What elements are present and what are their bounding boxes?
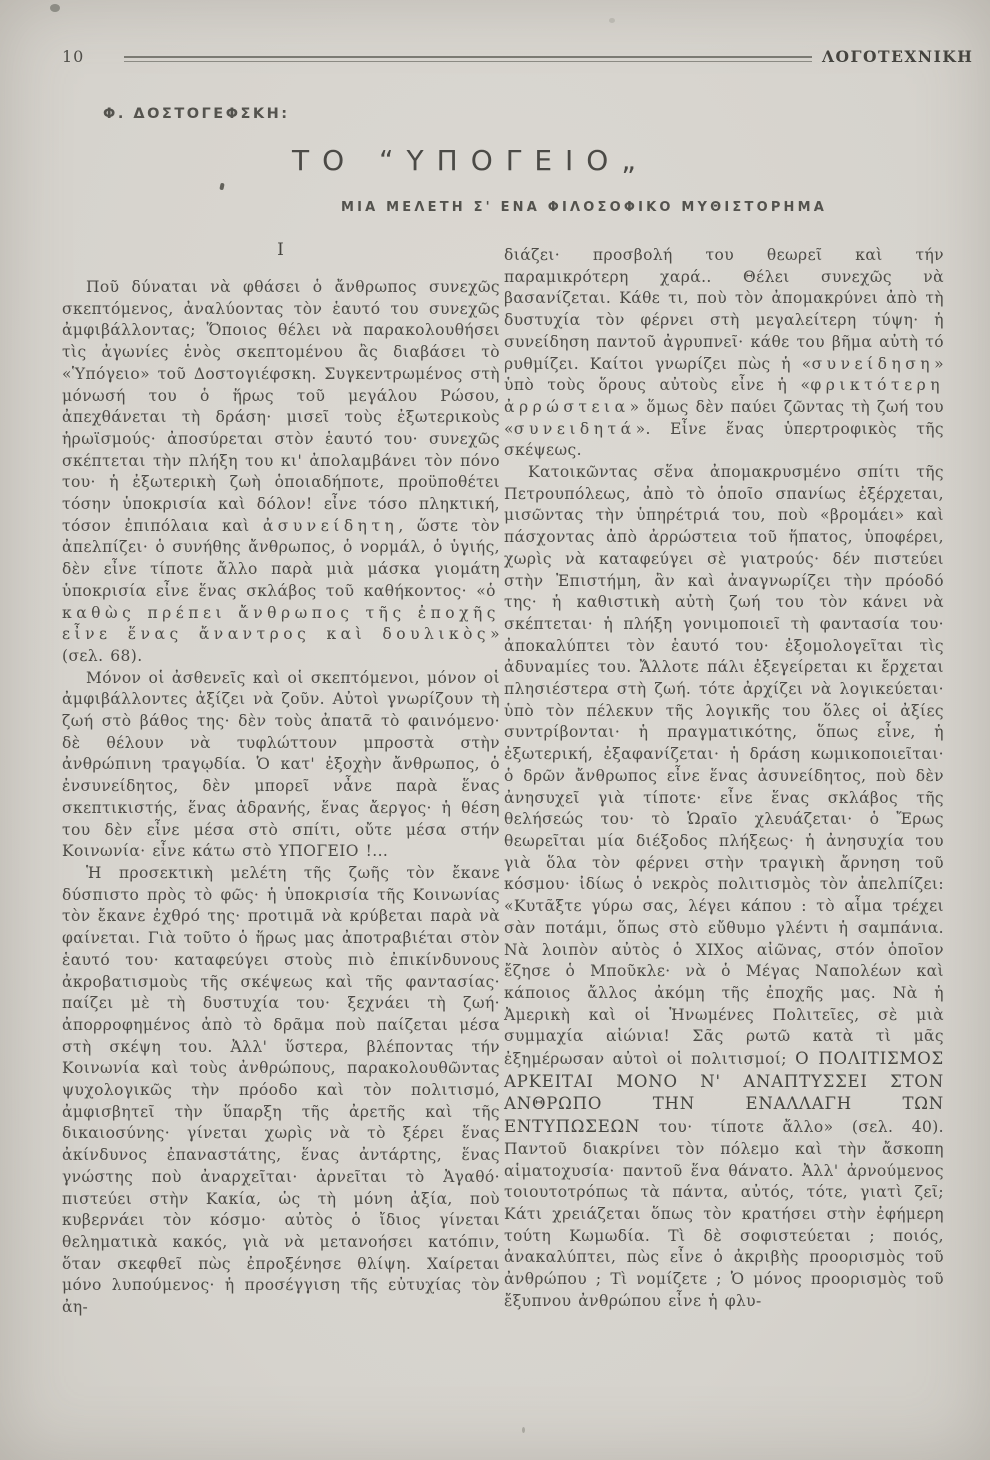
column-right: διάζει· προσβολή του θεωρεῖ καὶ τήν παρα…	[504, 245, 944, 1312]
column-left: I Ποῦ δύναται νὰ φθάσει ὁ ἄνθρωπος συνεχ…	[62, 240, 500, 1319]
scan-speck	[219, 183, 224, 191]
emphasized-text-run: συνείδηση	[812, 355, 935, 373]
article-title: ΤΟ “ΥΠΟΓΕΙΟ„	[292, 144, 649, 177]
emphasized-text-run: συνειδητά	[514, 420, 636, 438]
scan-speck	[609, 18, 615, 23]
text-run: Ἡ προσεκτικὴ μελέτη τῆς ζωῆς τὸν ἔκανε δ…	[62, 864, 500, 1316]
column-right-text: διάζει· προσβολή του θεωρεῖ καὶ τήν παρα…	[504, 245, 944, 1312]
text-run: Ποῦ δύναται νὰ φθάσει ὁ ἄνθρωπος συνεχῶς…	[62, 278, 500, 535]
paragraph: Μόνον οἱ ἀσθενεῖς καὶ οἱ σκεπτόμενοι, μό…	[62, 668, 500, 863]
section-numeral: I	[62, 240, 500, 260]
paragraph: Ἡ προσεκτικὴ μελέτη τῆς ζωῆς τὸν ἔκανε δ…	[62, 863, 500, 1319]
scan-speck	[522, 1427, 525, 1433]
article-subtitle: ΜΙΑ ΜΕΛΕΤΗ Σ' ΕΝΑ ΦΙΛΟΣΟΦΙΚΟ ΜΥΘΙΣΤΟΡΗΜΑ	[341, 200, 827, 215]
scan-speck	[50, 4, 60, 12]
text-run: Μόνον οἱ ἀσθενεῖς καὶ οἱ σκεπτόμενοι, μό…	[62, 669, 500, 861]
column-left-text: Ποῦ δύναται νὰ φθάσει ὁ ἄνθρωπος συνεχῶς…	[62, 277, 500, 1319]
text-run: Κατοικῶντας σἕνα ἀπομακρυσμένο σπίτι τῆς…	[504, 463, 944, 1068]
article-author: Φ. ΔΟΣΤΟΓΕΦΣΚΗ:	[103, 106, 290, 122]
magazine-page: 10 ΛΟΓΟΤΕΧΝΙΚΗ Φ. ΔΟΣΤΟΓΕΦΣΚΗ: ΤΟ “ΥΠΟΓΕ…	[0, 0, 990, 1460]
text-run: του· τίποτε ἄλλο» (σελ. 40). Παντοῦ διακ…	[504, 1118, 944, 1310]
paragraph: Κατοικῶντας σἕνα ἀπομακρυσμένο σπίτι τῆς…	[504, 462, 944, 1312]
paragraph: Ποῦ δύναται νὰ φθάσει ὁ ἄνθρωπος συνεχῶς…	[62, 277, 500, 668]
page-number: 10	[62, 47, 84, 66]
masthead-title: ΛΟΓΟΤΕΧΝΙΚΗ	[822, 47, 973, 66]
paragraph: διάζει· προσβολή του θεωρεῖ καὶ τήν παρα…	[504, 245, 944, 462]
emphasized-text-run: ἀσυνείδητη	[263, 517, 398, 535]
header-rule	[124, 56, 812, 62]
